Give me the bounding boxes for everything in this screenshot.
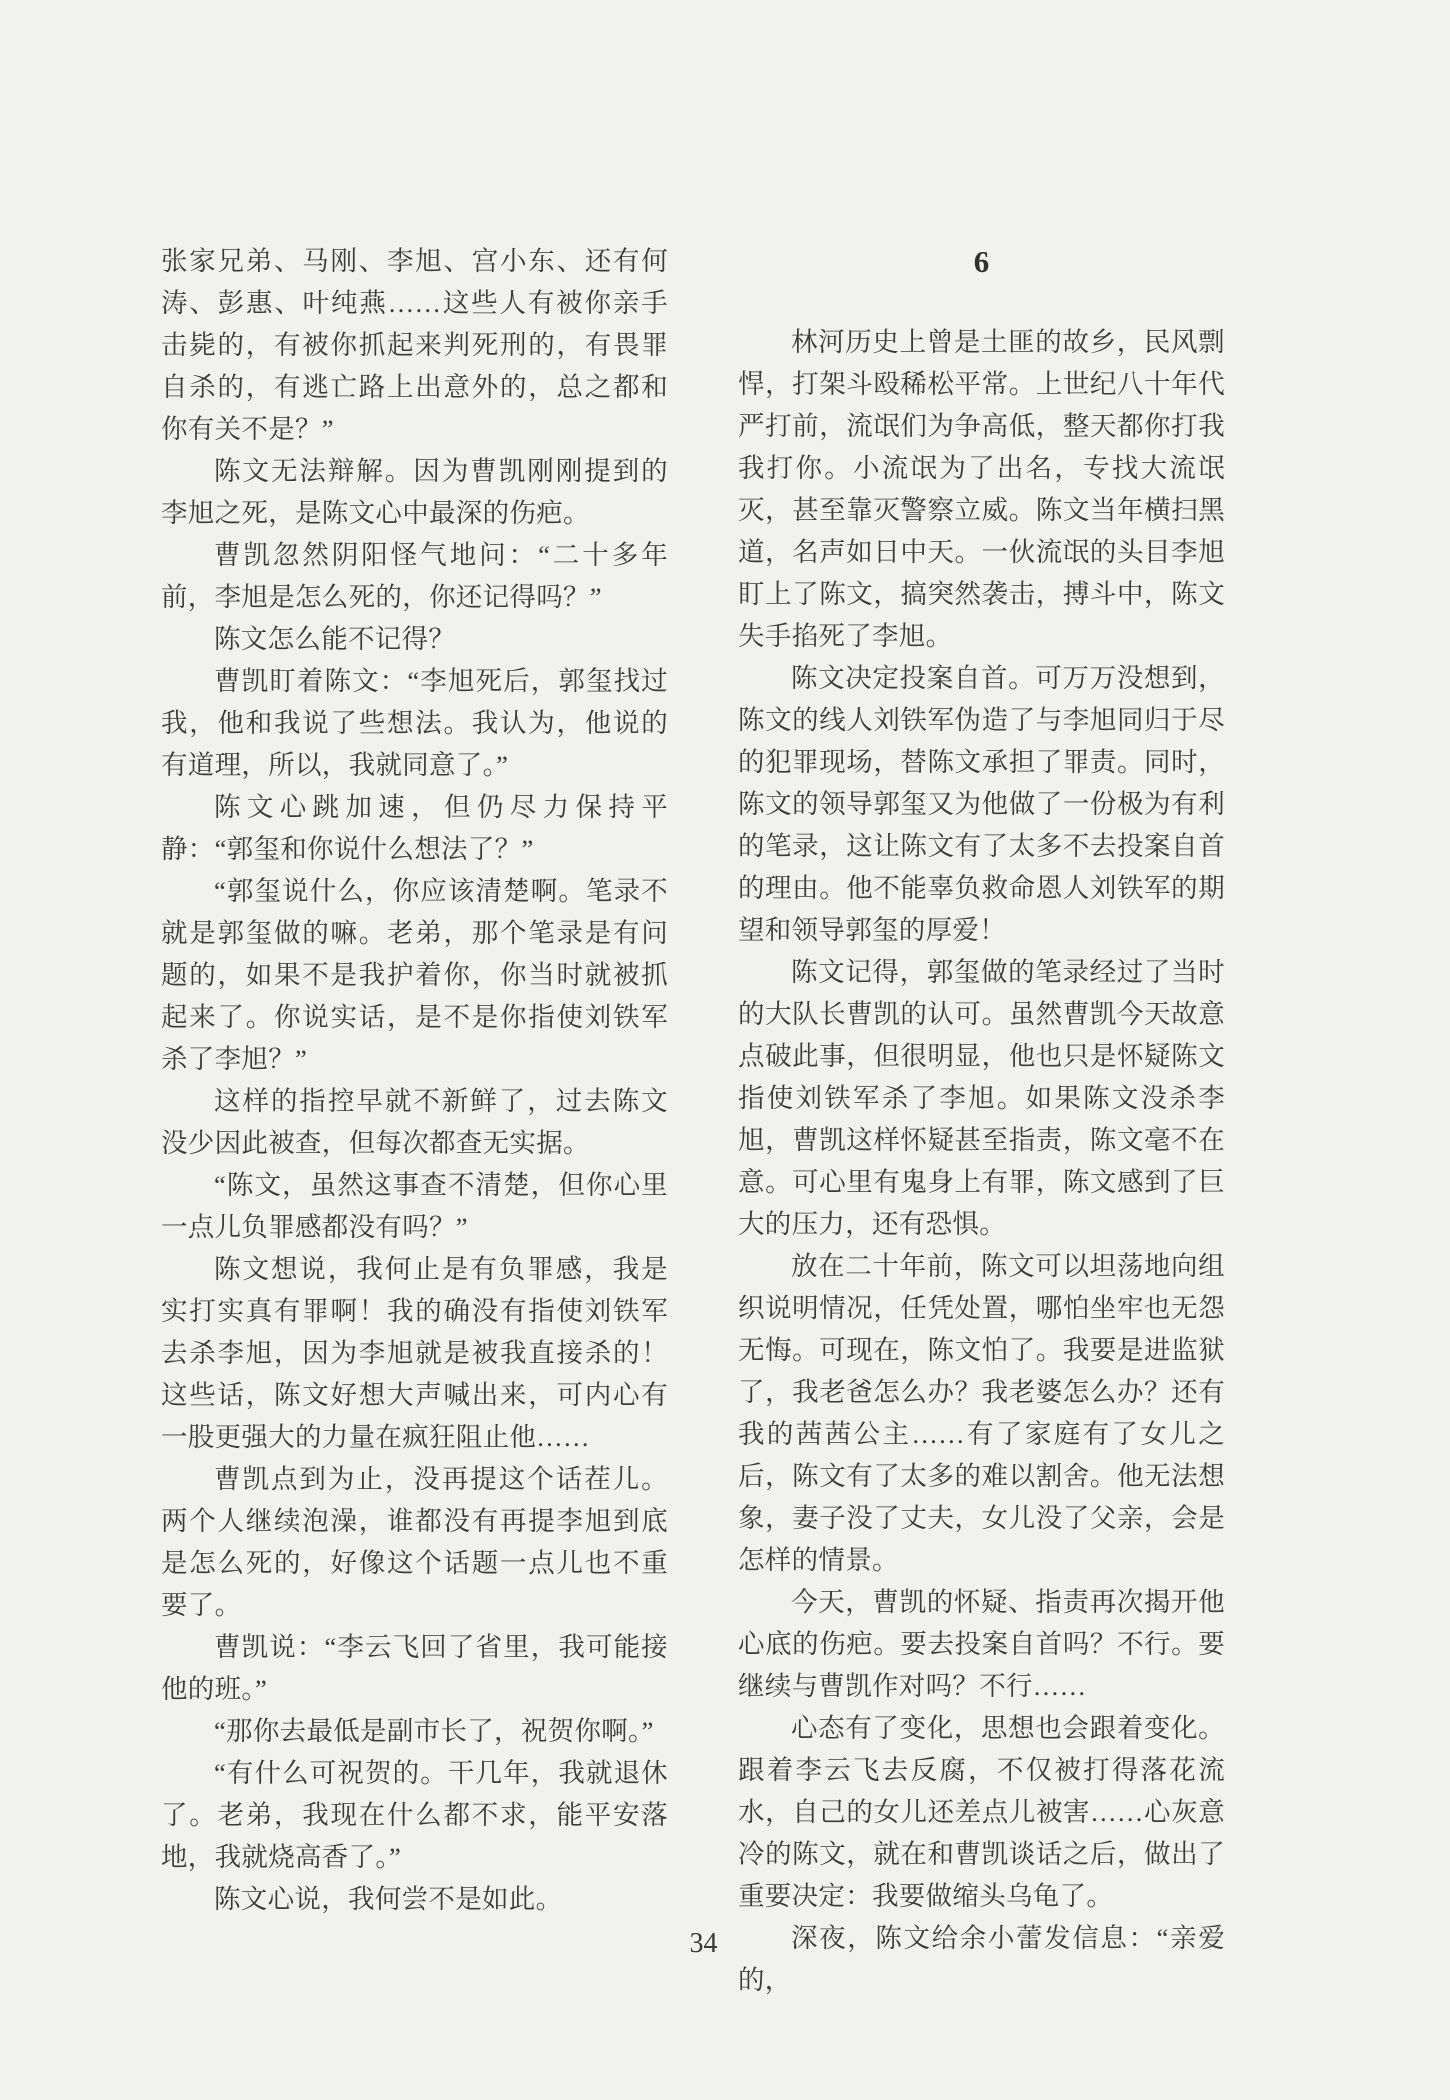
paragraph: 林河历史上曾是土匪的故乡，民风剽悍，打架斗殴稀松平常。上世纪八十年代严打前，流氓… <box>738 321 1225 657</box>
left-column: 张家兄弟、马刚、李旭、宫小东、还有何涛、彭惠、叶纯燕……这些人有被你亲手击毙的，… <box>161 240 668 1920</box>
right-column-body: 林河历史上曾是土匪的故乡，民风剽悍，打架斗殴稀松平常。上世纪八十年代严打前，流氓… <box>738 321 1225 2001</box>
paragraph: 陈文怎么能不记得？ <box>161 618 668 660</box>
section-heading: 6 <box>738 240 1225 283</box>
paragraph: 曹凯点到为止，没再提这个话茬儿。两个人继续泡澡，谁都没有再提李旭到底是怎么死的，… <box>161 1458 668 1626</box>
paragraph: 这样的指控早就不新鲜了，过去陈文没少因此被查，但每次都查无实据。 <box>161 1080 668 1164</box>
paragraph: 放在二十年前，陈文可以坦荡地向组织说明情况，任凭处置，哪怕坐牢也无怨无悔。可现在… <box>738 1245 1225 1581</box>
paragraph: “那你去最低是副市长了，祝贺你啊。” <box>161 1710 668 1752</box>
paragraph: 陈文决定投案自首。可万万没想到，陈文的线人刘铁军伪造了与李旭同归于尽的犯罪现场，… <box>738 657 1225 951</box>
page-number: 34 <box>161 1928 1246 1960</box>
paragraph: 陈文想说，我何止是有负罪感，我是实打实真有罪啊！我的确没有指使刘铁军去杀李旭，因… <box>161 1248 668 1458</box>
paragraph: 张家兄弟、马刚、李旭、宫小东、还有何涛、彭惠、叶纯燕……这些人有被你亲手击毙的，… <box>161 240 668 450</box>
right-column: 6 林河历史上曾是土匪的故乡，民风剽悍，打架斗殴稀松平常。上世纪八十年代严打前，… <box>738 240 1225 2001</box>
paragraph: “郭玺说什么，你应该清楚啊。笔录不就是郭玺做的嘛。老弟，那个笔录是有问题的，如果… <box>161 870 668 1080</box>
paragraph: 陈文记得，郭玺做的笔录经过了当时的大队长曹凯的认可。虽然曹凯今天故意点破此事，但… <box>738 951 1225 1245</box>
paragraph: 曹凯忽然阴阳怪气地问：“二十多年前，李旭是怎么死的，你还记得吗？” <box>161 534 668 618</box>
paragraph: “陈文，虽然这事查不清楚，但你心里一点儿负罪感都没有吗？” <box>161 1164 668 1248</box>
paragraph: 陈文心说，我何尝不是如此。 <box>161 1878 668 1920</box>
book-page: 张家兄弟、马刚、李旭、宫小东、还有何涛、彭惠、叶纯燕……这些人有被你亲手击毙的，… <box>0 0 1450 2100</box>
paragraph: 今天，曹凯的怀疑、指责再次揭开他心底的伤疤。要去投案自首吗？不行。要继续与曹凯作… <box>738 1581 1225 1707</box>
paragraph: 曹凯说：“李云飞回了省里，我可能接他的班。” <box>161 1626 668 1710</box>
paragraph: 心态有了变化，思想也会跟着变化。跟着李云飞去反腐，不仅被打得落花流水，自己的女儿… <box>738 1707 1225 1917</box>
paragraph: 陈文无法辩解。因为曹凯刚刚提到的李旭之死，是陈文心中最深的伤疤。 <box>161 450 668 534</box>
paragraph: “有什么可祝贺的。干几年，我就退休了。老弟，我现在什么都不求，能平安落地，我就烧… <box>161 1752 668 1878</box>
paragraph: 陈文心跳加速，但仍尽力保持平静：“郭玺和你说什么想法了？” <box>161 786 668 870</box>
paragraph: 曹凯盯着陈文：“李旭死后，郭玺找过我，他和我说了些想法。我认为，他说的有道理，所… <box>161 660 668 786</box>
